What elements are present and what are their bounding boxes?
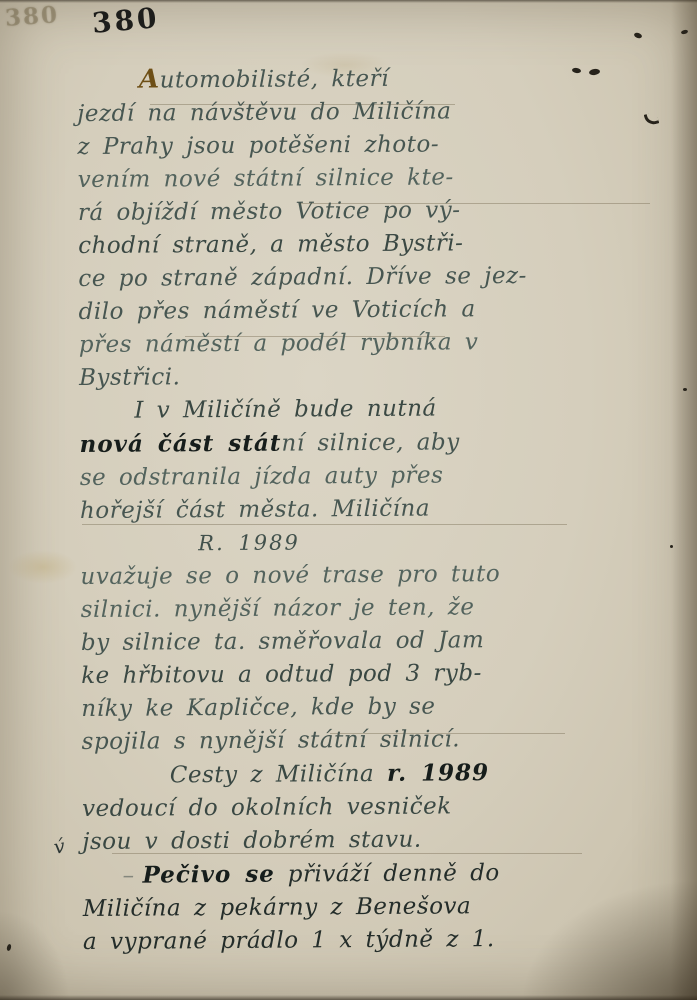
handwritten-line: Bystřici. bbox=[79, 358, 657, 395]
handwritten-line: silnici. nynější názor je ten, že bbox=[81, 590, 659, 627]
handwritten-line: z Prahy jsou potěšeni zhoto- bbox=[77, 127, 655, 164]
handwritten-line: uvažuje se o nové trase pro tuto bbox=[80, 557, 658, 594]
handwritten-line: níky ke Kapličce, kde by se bbox=[81, 689, 659, 726]
handwritten-line: I v Miličíně bude nutná bbox=[79, 391, 657, 428]
page-number: 380 bbox=[91, 1, 161, 40]
line-text: přiváží denně do bbox=[275, 860, 500, 888]
handwritten-line: vením nové státní silnice kte- bbox=[78, 160, 656, 197]
handwritten-line: spojila s nynější státní silnicí. bbox=[82, 722, 660, 759]
handwritten-line: Automobilisté, kteří bbox=[77, 60, 655, 98]
handwritten-line: se odstranila jízda auty přes bbox=[80, 458, 658, 495]
handwritten-line: rá objíždí město Votice po vý- bbox=[78, 193, 656, 230]
margin-dash: – bbox=[122, 863, 142, 889]
handwritten-line: ce po straně západní. Dříve se jez- bbox=[78, 259, 656, 296]
handwritten-line: by silnice ta. směřovala od Jam bbox=[81, 623, 659, 660]
page-number-faint: 380 bbox=[4, 1, 60, 32]
handwritten-line: hořejší část města. Miličína bbox=[80, 491, 658, 528]
photo-corner-shadow-bl bbox=[0, 910, 70, 1000]
handwritten-line: ke hřbitovu a odtud pod 3 ryb- bbox=[81, 656, 659, 693]
bold-phrase: Pečivo se bbox=[142, 861, 275, 889]
handwritten-line: nová část státní silnice, aby bbox=[79, 424, 657, 462]
decorated-initial: A bbox=[139, 64, 160, 94]
handwritten-line: dilo přes náměstí ve Voticích a bbox=[79, 292, 657, 329]
handwritten-line: chodní straně, a město Bystři- bbox=[78, 226, 656, 263]
manuscript-page-photo: 380 380 v́ Automobilisté, kteří jezdí na… bbox=[0, 0, 697, 1000]
line-text: utomobilisté, kteří bbox=[160, 66, 389, 94]
handwritten-text-block: Automobilisté, kteří jezdí na návštěvu d… bbox=[77, 60, 661, 959]
line-text: Cesty z Miličína bbox=[170, 761, 387, 789]
handwritten-line: vedoucí do okolních vesniček bbox=[82, 789, 660, 826]
bold-phrase: r. 1989 bbox=[387, 759, 489, 787]
handwritten-line: –Pečivo se přiváží denně do bbox=[82, 855, 660, 893]
handwritten-line: jezdí na návštěvu do Miličína bbox=[77, 94, 655, 131]
ink-speck bbox=[633, 32, 642, 39]
line-text: ní silnice, aby bbox=[281, 429, 459, 456]
handwritten-line: jsou v dosti dobrém stavu. bbox=[82, 822, 660, 859]
bold-phrase: nová část stát bbox=[79, 430, 281, 458]
handwritten-line: a vyprané prádlo 1 x týdně z 1. bbox=[83, 922, 661, 959]
handwritten-line: Miličína z pekárny z Benešova bbox=[83, 889, 661, 926]
handwritten-line: přes náměstí a podél rybníka v bbox=[79, 325, 657, 362]
paper-stain bbox=[8, 550, 78, 584]
handwritten-line: Cesty z Miličína r. 1989 bbox=[82, 755, 660, 793]
photo-edge-top bbox=[0, 0, 697, 3]
ink-speck bbox=[683, 388, 687, 391]
photo-edge-right bbox=[671, 0, 697, 1000]
ink-speck bbox=[670, 545, 673, 548]
margin-mark: v́ bbox=[52, 835, 66, 859]
year-heading: R. 1989 bbox=[80, 524, 658, 561]
